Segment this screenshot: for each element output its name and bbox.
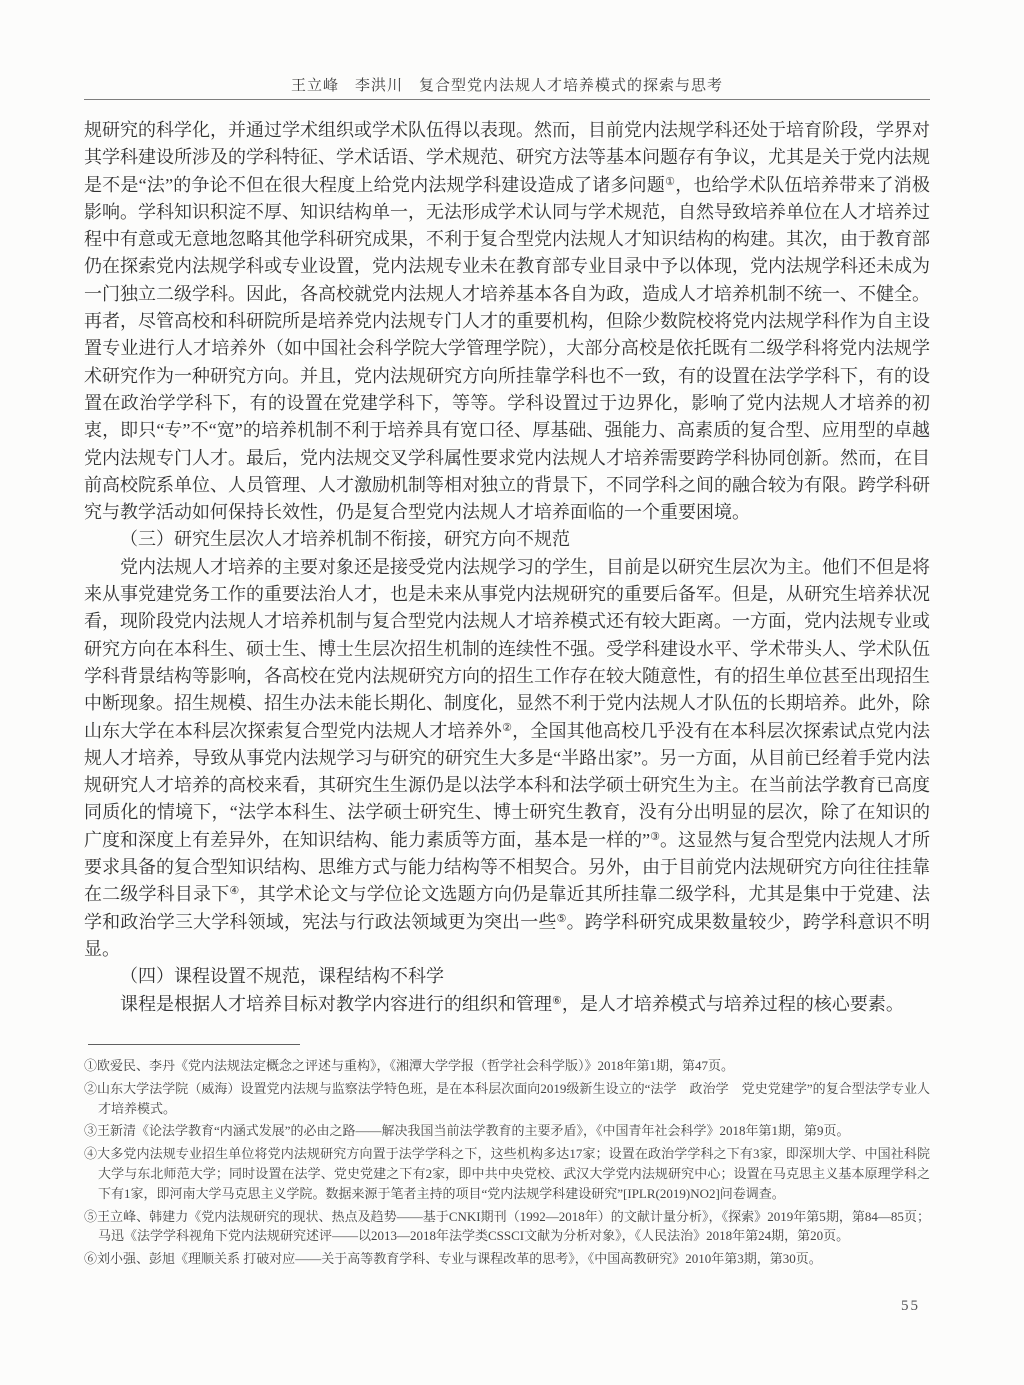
footnote-reference: ① [665,176,675,188]
footnote-marker: ③ [84,1123,97,1138]
footnote-reference: ③ [650,831,660,843]
footnote-item: ⑥刘小强、彭旭《理顺关系 打破对应——关于高等教育学科、专业与课程改革的思考》，… [84,1249,930,1269]
footnote-marker: ⑤ [84,1209,97,1224]
running-header: 王立峰 李洪川 复合型党内法规人才培养模式的探索与思考 [84,74,930,95]
footnote-reference: ④ [229,885,239,897]
body-text: 规研究的科学化，并通过学术组织或学术队伍得以表现。然而，目前党内法规学科还处于培… [84,117,930,1018]
paper-page: 王立峰 李洪川 复合型党内法规人才培养模式的探索与思考 规研究的科学化，并通过学… [0,0,1024,1385]
paragraph-section-4: 课程是根据人才培养目标对教学内容进行的组织和管理⑥，是人才培养模式与培养过程的核… [84,991,930,1018]
footnote-item: ①欧爱民、李丹《党内法规法定概念之评述与重构》，《湘潭大学学报（哲学社会科学版）… [84,1056,930,1076]
footnote-reference: ⑤ [557,913,567,925]
footnote-item: ③王新清《论法学教育“内涵式发展”的必由之路——解决我国当前法学教育的主要矛盾》… [84,1121,930,1141]
footnote-separator-rule [88,1044,300,1045]
footnote-item: ⑤王立峰、韩建力《党内法规研究的现状、热点及趋势——基于CNKI期刊（1992—… [84,1207,930,1247]
footnote-item: ②山东大学法学院（威海）设置党内法规与监察法学特色班，是在本科层次面向2019级… [84,1079,930,1119]
running-header-text: 王立峰 李洪川 复合型党内法规人才培养模式的探索与思考 [291,78,723,94]
footnote-reference: ⑥ [552,995,562,1007]
footnote-reference: ② [502,722,512,734]
paragraph-section-3: 党内法规人才培养的主要对象还是接受党内法规学习的学生，目前是以研究生层次为主。他… [84,554,930,963]
page-number: 55 [901,1298,920,1315]
paragraph-continuation: 规研究的科学化，并通过学术组织或学术队伍得以表现。然而，目前党内法规学科还处于培… [84,117,930,526]
footnote-marker: ⑥ [84,1251,97,1266]
footnote-item: ④大多党内法规专业招生单位将党内法规研究方向置于法学学科之下，这些机构多达17家… [84,1144,930,1203]
footnote-marker: ④ [84,1146,97,1161]
footnote-marker: ① [84,1058,97,1073]
header-rule [84,99,930,100]
section-heading-3: （三）研究生层次人才培养机制不衔接，研究方向不规范 [84,526,930,553]
footnote-marker: ② [84,1081,97,1096]
section-heading-4: （四）课程设置不规范，课程结构不科学 [84,963,930,990]
footnotes-block: ①欧爱民、李丹《党内法规法定概念之评述与重构》，《湘潭大学学报（哲学社会科学版）… [84,1056,930,1272]
